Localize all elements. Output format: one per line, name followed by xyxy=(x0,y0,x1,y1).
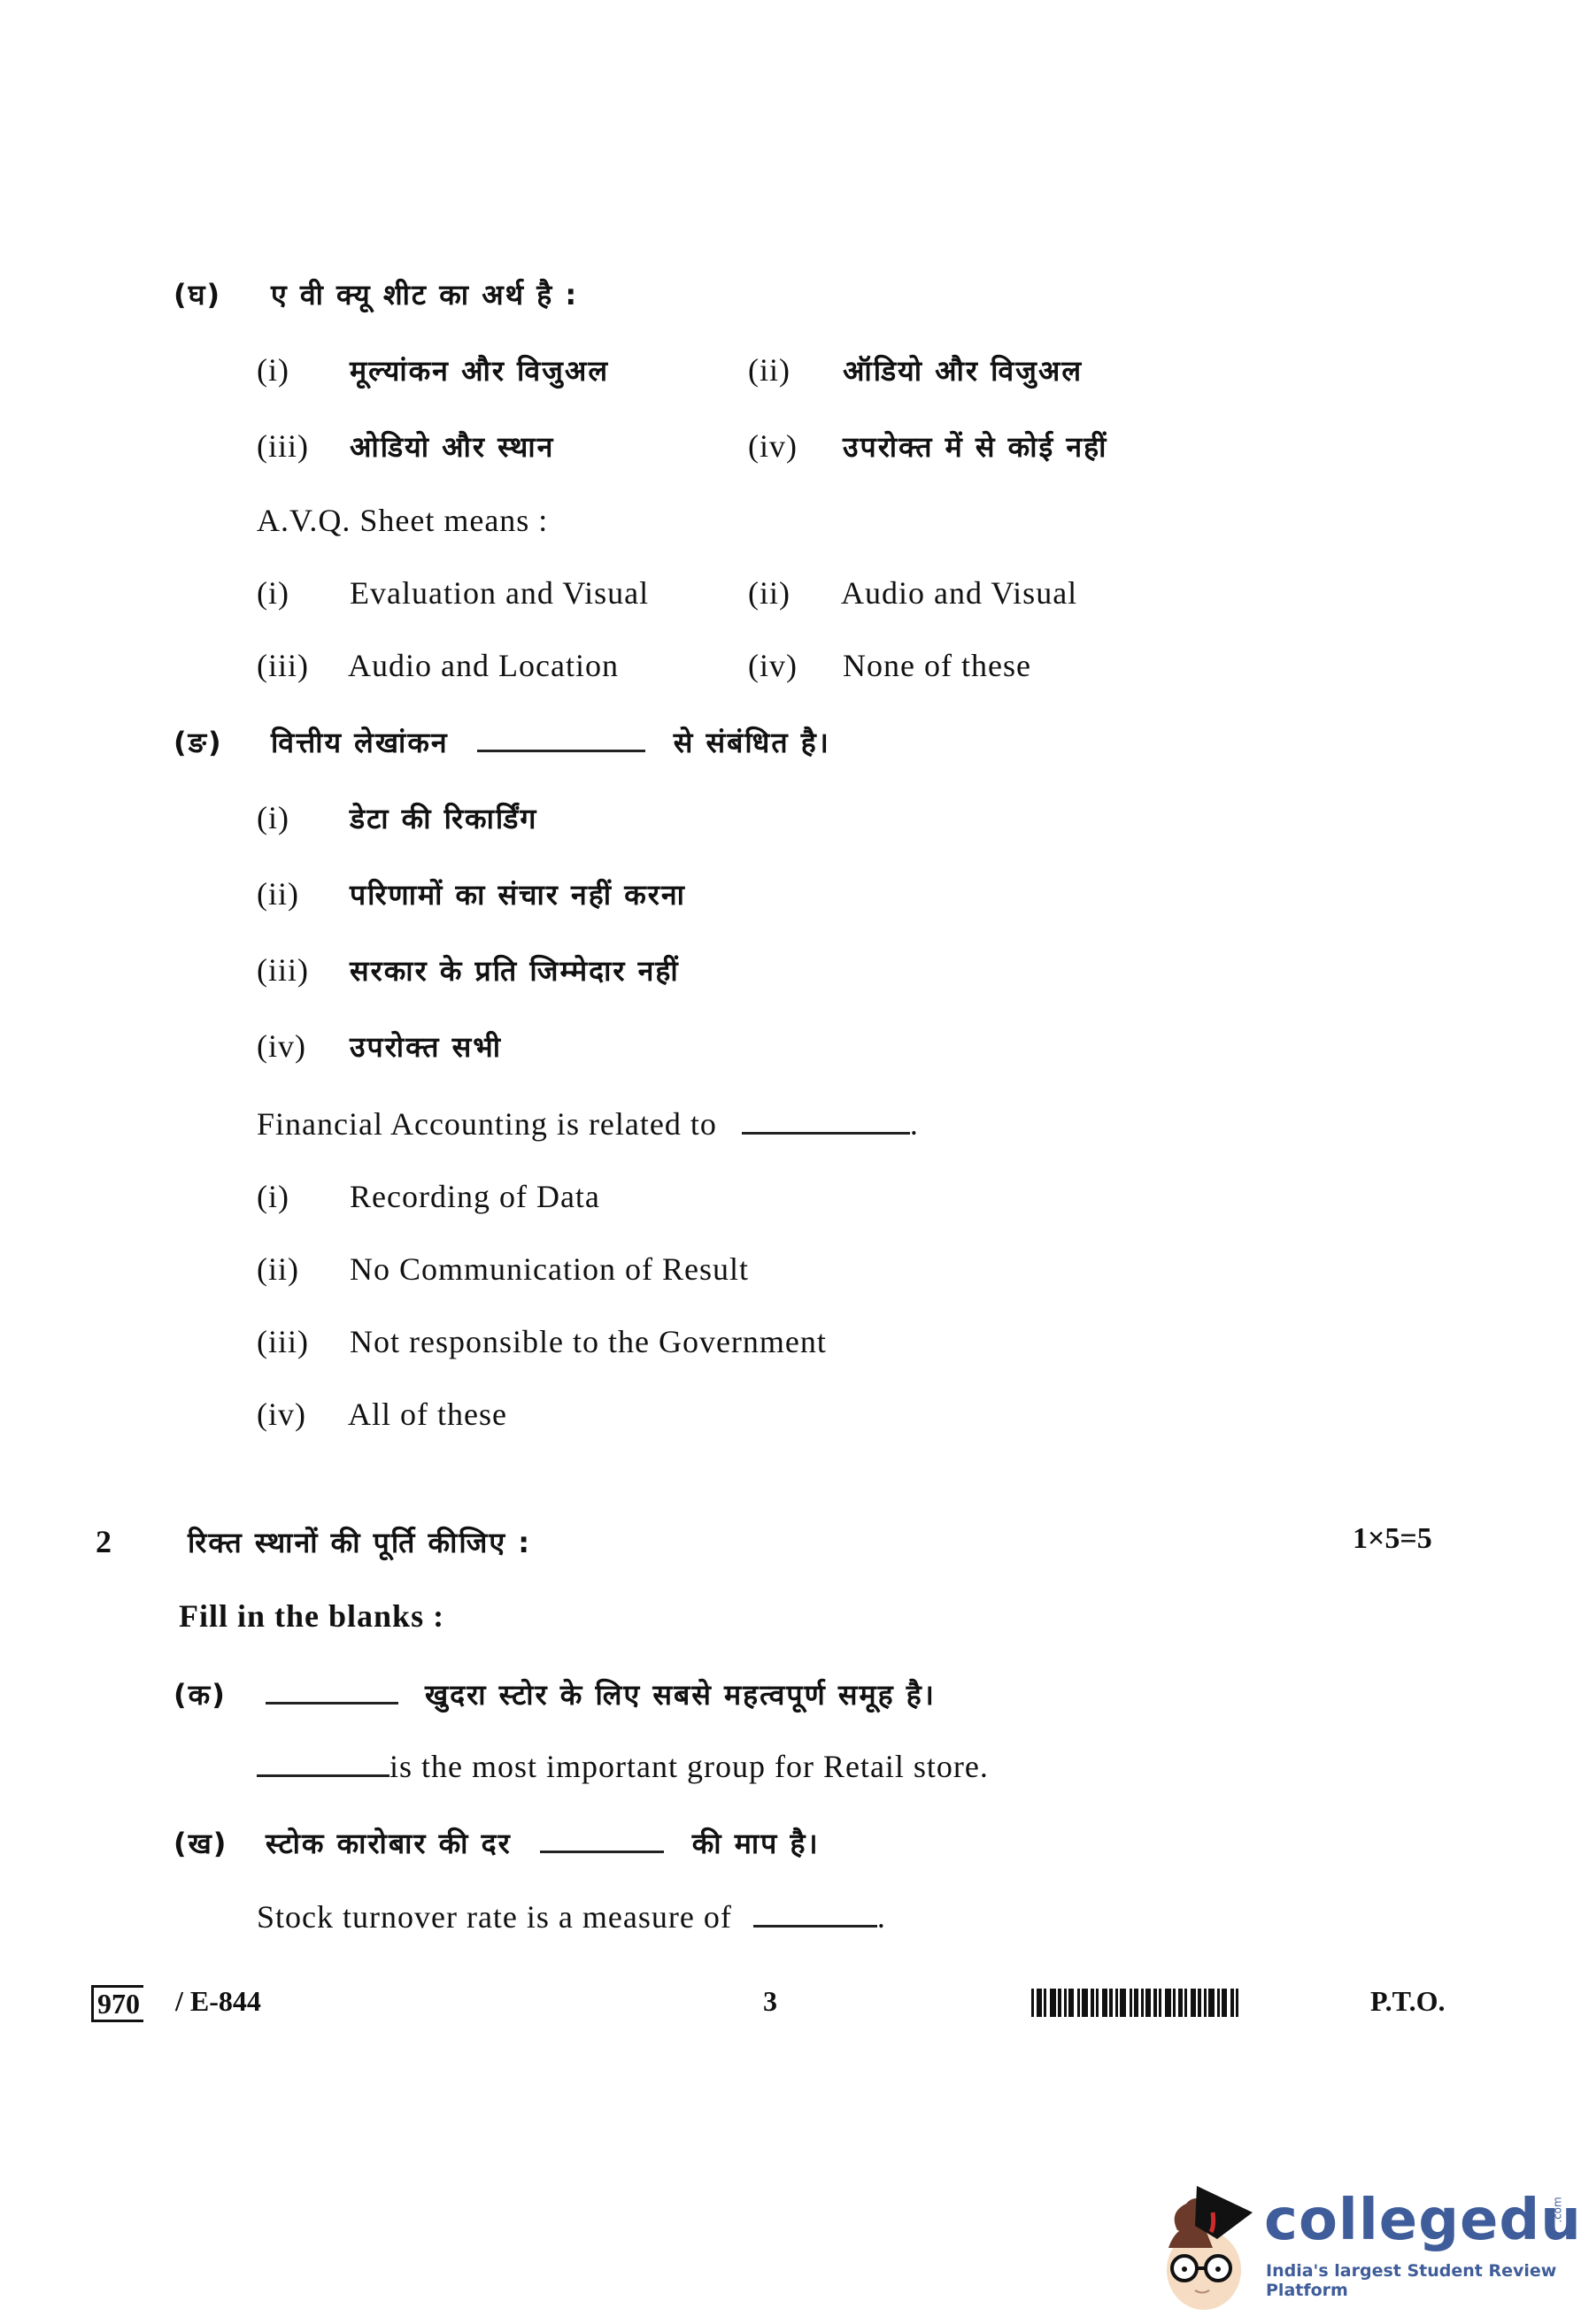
option-text: No Communication of Result xyxy=(350,1251,749,1287)
option-en-4: (iv) All of these xyxy=(257,1395,507,1434)
brand-tagline: India's largest Student Review Platform xyxy=(1266,2261,1567,2300)
option-num: (iii) xyxy=(257,427,341,466)
option-text: सरकार के प्रति जिम्मेदार नहीं xyxy=(350,954,680,988)
option-text: All of these xyxy=(348,1397,507,1432)
option-hi-3: (iii) ओडियो और स्थान xyxy=(257,427,554,466)
question-2-english: Fill in the blanks : xyxy=(179,1597,444,1635)
option-en-1: (i) Recording of Data xyxy=(257,1177,600,1216)
option-text: मूल्यांकन और विजुअल xyxy=(350,354,609,388)
option-text: उपरोक्त में से कोई नहीं xyxy=(843,430,1107,464)
option-text: None of these xyxy=(843,648,1031,683)
option-en-3: (iii) Not responsible to the Government xyxy=(257,1322,827,1361)
option-hi-4: (iv) उपरोक्त में से कोई नहीं xyxy=(748,427,1107,466)
answer-blank xyxy=(742,1107,910,1135)
mascot-icon xyxy=(1151,2177,1266,2310)
question-2-hindi: 2 रिक्त स्थानों की पूर्ति कीजिए : xyxy=(96,1522,531,1562)
option-num: (ii) xyxy=(748,350,834,389)
question-text: . xyxy=(910,1106,919,1142)
option-en-3: (iii) Audio and Location xyxy=(257,646,619,685)
question-heading: रिक्त स्थानों की पूर्ति कीजिए : xyxy=(188,1526,531,1559)
option-text: Recording of Data xyxy=(350,1179,600,1214)
option-text: Evaluation and Visual xyxy=(350,575,649,611)
answer-blank xyxy=(266,1677,398,1705)
option-num: (iv) xyxy=(748,427,834,466)
option-num: (iii) xyxy=(257,1322,341,1361)
question-ka-english: is the most important group for Retail s… xyxy=(257,1747,989,1786)
option-hi-2: (ii) परिणामों का संचार नहीं करना xyxy=(257,874,686,914)
option-num: (iv) xyxy=(748,646,834,685)
question-kha-hindi: (ख) स्टोक कारोबार की दर की माप है। xyxy=(174,1823,820,1863)
question-text: खुदरा स्टोर के लिए सबसे महत्वपूर्ण समूह … xyxy=(425,1678,936,1712)
option-num: (iv) xyxy=(257,1395,341,1434)
option-hi-2: (ii) ऑडियो और विजुअल xyxy=(748,350,1083,390)
answer-blank xyxy=(753,1900,877,1928)
question-number: 2 xyxy=(96,1522,179,1561)
collegedunia-watermark: collegedunia .com India's largest Studen… xyxy=(1151,2177,1567,2310)
option-num: (ii) xyxy=(257,1250,341,1289)
option-num: (i) xyxy=(257,798,341,837)
option-text: डेटा की रिकार्डिंग xyxy=(350,802,537,835)
brand-name: collegedunia xyxy=(1264,2188,1581,2253)
option-en-1: (i) Evaluation and Visual xyxy=(257,573,649,612)
question-text: Financial Accounting is related to xyxy=(257,1106,717,1142)
option-text: उपरोक्त सभी xyxy=(350,1030,502,1064)
option-en-2: (ii) No Communication of Result xyxy=(257,1250,749,1289)
option-text: Not responsible to the Government xyxy=(350,1324,827,1359)
option-num: (iii) xyxy=(257,950,341,989)
option-num: (ii) xyxy=(257,874,341,913)
question-gha-hindi: (घ) ए वी क्यू शीट का अर्थ है : xyxy=(174,274,578,314)
page-number: 3 xyxy=(763,1985,777,2018)
brand-domain: .com xyxy=(1552,2197,1564,2222)
question-text: की माप है। xyxy=(692,1827,820,1860)
question-ka-hindi: (क) खुदरा स्टोर के लिए सबसे महत्वपूर्ण स… xyxy=(174,1674,936,1714)
option-text: Audio and Visual xyxy=(841,575,1077,611)
paper-code: / E-844 xyxy=(175,1985,261,2017)
option-hi-1: (i) मूल्यांकन और विजुअल xyxy=(257,350,609,390)
question-nga-english: Financial Accounting is related to . xyxy=(257,1104,919,1143)
option-num: (i) xyxy=(257,1177,341,1216)
option-hi-1: (i) डेटा की रिकार्डिंग xyxy=(257,798,537,838)
barcode xyxy=(1031,1989,1332,2017)
question-kha-english: Stock turnover rate is a measure of . xyxy=(257,1897,886,1936)
option-en-2: (ii) Audio and Visual xyxy=(748,573,1077,612)
option-text: परिणामों का संचार नहीं करना xyxy=(350,878,686,912)
question-label: (क) xyxy=(174,1675,257,1714)
option-num: (iii) xyxy=(257,646,341,685)
question-text: ए वी क्यू शीट का अर्थ है : xyxy=(271,278,578,312)
option-num: (i) xyxy=(257,350,341,389)
option-num: (i) xyxy=(257,573,341,612)
option-num: (iv) xyxy=(257,1027,341,1066)
question-text: वित्तीय लेखांकन xyxy=(271,726,449,759)
option-text: ऑडियो और विजुअल xyxy=(843,354,1083,388)
exam-page: (घ) ए वी क्यू शीट का अर्थ है : (i) मूल्य… xyxy=(0,0,1581,2324)
answer-blank xyxy=(477,725,645,752)
option-text: Audio and Location xyxy=(348,648,619,683)
option-num: (ii) xyxy=(748,573,834,612)
option-hi-4: (iv) उपरोक्त सभी xyxy=(257,1027,502,1066)
question-text: Stock turnover rate is a measure of xyxy=(257,1899,732,1935)
question-text: स्टोक कारोबार की दर xyxy=(266,1827,512,1860)
answer-blank xyxy=(540,1826,664,1853)
marks-allocation: 1×5=5 xyxy=(1353,1522,1432,1556)
question-text: is the most important group for Retail s… xyxy=(389,1749,989,1784)
question-label: (ङ) xyxy=(174,723,262,762)
option-hi-3: (iii) सरकार के प्रति जिम्मेदार नहीं xyxy=(257,950,680,990)
please-turn-over: P.T.O. xyxy=(1370,1985,1445,2018)
answer-blank xyxy=(257,1750,389,1777)
question-nga-hindi: (ङ) वित्तीय लेखांकन से संबंधित है। xyxy=(174,722,830,762)
option-en-4: (iv) None of these xyxy=(748,646,1031,685)
question-label: (ख) xyxy=(174,1824,257,1863)
paper-code-box: 970 xyxy=(91,1985,143,2022)
option-text: ओडियो और स्थान xyxy=(350,430,554,464)
question-text: से संबंधित है। xyxy=(674,726,830,759)
question-gha-english: A.V.Q. Sheet means : xyxy=(257,501,548,540)
question-text: . xyxy=(877,1899,886,1935)
question-label: (घ) xyxy=(174,275,262,314)
